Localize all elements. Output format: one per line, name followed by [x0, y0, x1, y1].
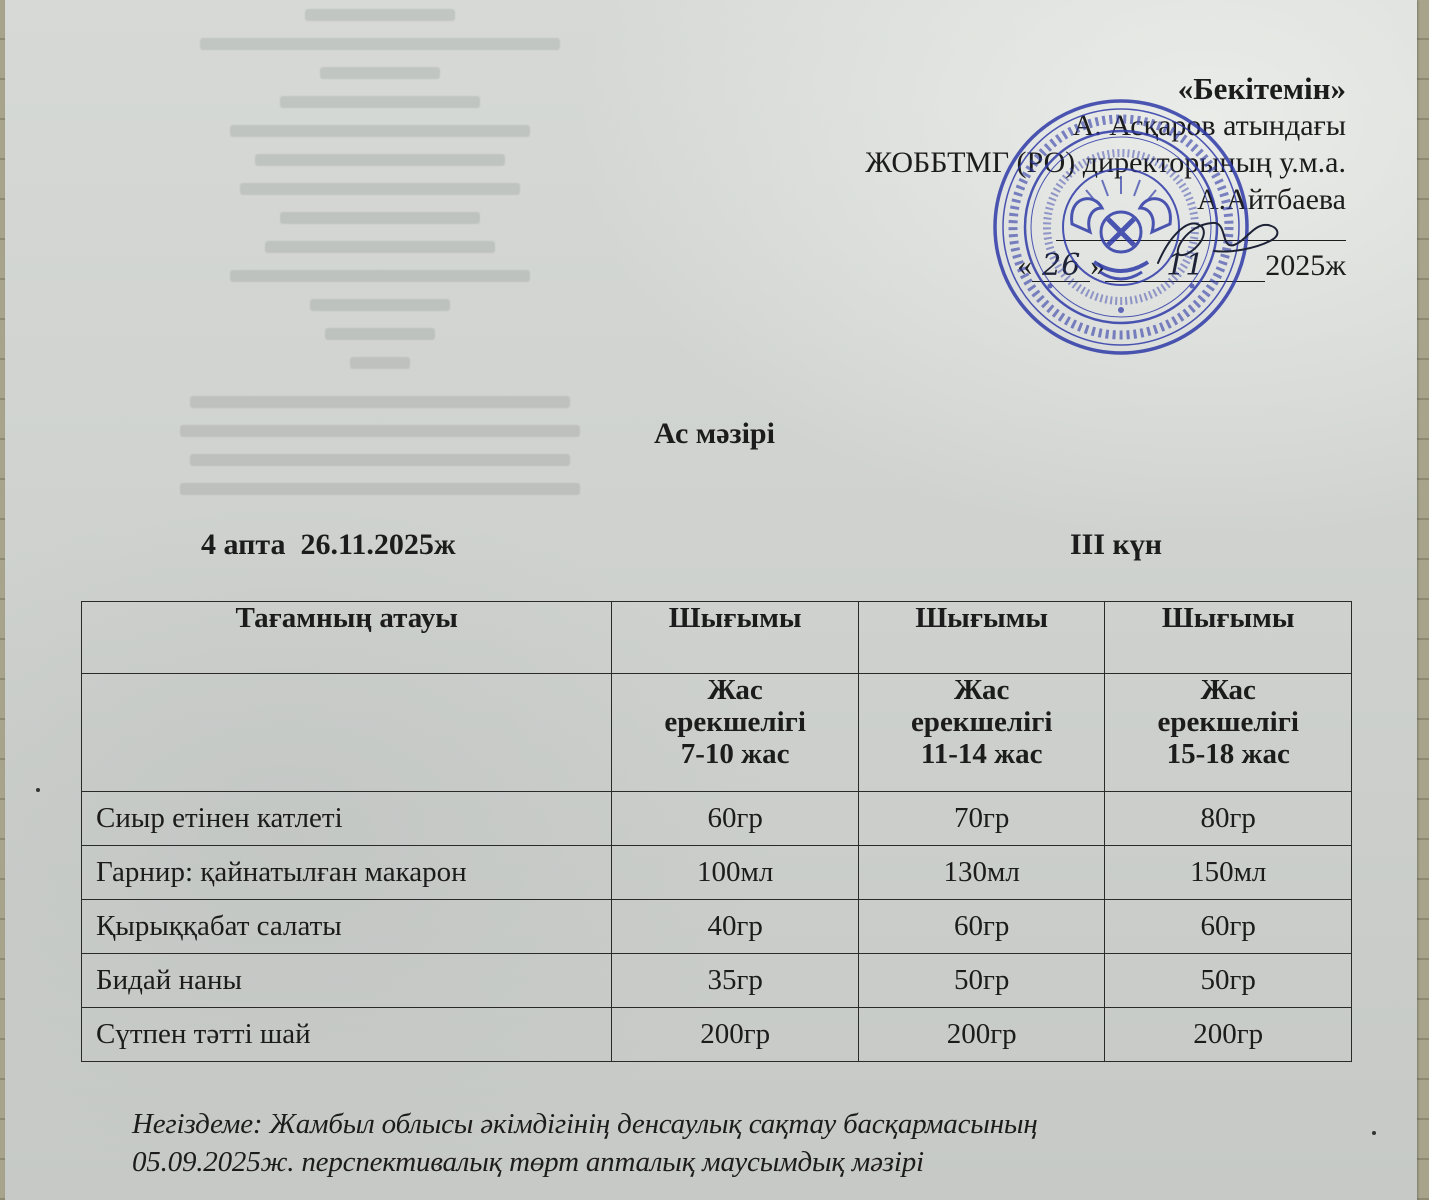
document-title: Ас мәзірі — [0, 417, 1429, 451]
portion-7-10: 200гр — [612, 1008, 859, 1062]
approval-school-line: А. Асқаров атындағы — [865, 107, 1346, 144]
portion-11-14: 50гр — [858, 954, 1105, 1008]
table-row: Сүтпен тәтті шай 200гр 200гр 200гр — [82, 1008, 1352, 1062]
approval-title: «Бекітемін» — [865, 70, 1346, 107]
age-range: 7-10 жас — [612, 738, 858, 770]
approval-date: «26»112025ж — [865, 247, 1346, 284]
portion-15-18: 150мл — [1105, 846, 1352, 900]
date-month-handwritten: 11 — [1105, 251, 1265, 282]
approval-block: «Бекітемін» А. Асқаров атындағы ЖОББТМГ … — [865, 70, 1346, 284]
age-label: ерекшелігі — [859, 706, 1105, 738]
age-range: 15-18 жас — [1105, 738, 1351, 770]
approval-signatory-name: А.Айтбаева — [865, 181, 1346, 218]
footnote-line: 05.09.2025ж. перспективалық төрт апталық… — [132, 1143, 1038, 1181]
dish-name: Гарнир: қайнатылған макарон — [82, 846, 612, 900]
age-range: 11-14 жас — [859, 738, 1105, 770]
header-dish-name: Тағамның атауы — [82, 602, 612, 674]
age-label: Жас — [859, 674, 1105, 706]
age-label: ерекшелігі — [1105, 706, 1351, 738]
approval-position-line: ЖОББТМГ (РО) директорының у.м.а. — [865, 144, 1346, 181]
paper-speck — [1372, 1131, 1376, 1135]
table-row: Бидай наны 35гр 50гр 50гр — [82, 954, 1352, 1008]
portion-7-10: 35гр — [612, 954, 859, 1008]
subheader-age-group-15-18: Жас ерекшелігі 15-18 жас — [1105, 674, 1352, 792]
dish-name: Сиыр етінен катлеті — [82, 792, 612, 846]
dish-name: Сүтпен тәтті шай — [82, 1008, 612, 1062]
portion-7-10: 60гр — [612, 792, 859, 846]
date-open-quote: « — [1017, 249, 1032, 282]
dish-name: Бидай наны — [82, 954, 612, 1008]
portion-11-14: 130мл — [858, 846, 1105, 900]
portion-11-14: 60гр — [858, 900, 1105, 954]
footnote-basis: Негіздеме: Жамбыл облысы әкімдігінің ден… — [132, 1105, 1038, 1181]
paper-speck — [36, 788, 40, 792]
subheader-age-group-7-10: Жас ерекшелігі 7-10 жас — [612, 674, 859, 792]
subheader-empty — [82, 674, 612, 792]
subheader-age-group-11-14: Жас ерекшелігі 11-14 жас — [858, 674, 1105, 792]
signature-line — [1056, 240, 1346, 241]
portion-15-18: 200гр — [1105, 1008, 1352, 1062]
table-header-row: Тағамның атауы Шығымы Шығымы Шығымы — [82, 602, 1352, 674]
age-label: Жас — [612, 674, 858, 706]
date-close-quote: » — [1090, 249, 1105, 282]
portion-15-18: 60гр — [1105, 900, 1352, 954]
table-row: Гарнир: қайнатылған макарон 100мл 130мл … — [82, 846, 1352, 900]
day-label: ІІІ күн — [1070, 528, 1162, 562]
portion-15-18: 80гр — [1105, 792, 1352, 846]
age-label: ерекшелігі — [612, 706, 858, 738]
background-surface-right — [1415, 0, 1429, 1200]
week-and-date: 4 апта 26.11.2025ж — [201, 528, 456, 562]
header-yield: Шығымы — [612, 602, 859, 674]
header-yield: Шығымы — [1105, 602, 1352, 674]
table-subheader-row: Жас ерекшелігі 7-10 жас Жас ерекшелігі 1… — [82, 674, 1352, 792]
date-year: 2025ж — [1265, 249, 1346, 282]
header-yield: Шығымы — [858, 602, 1105, 674]
portion-11-14: 70гр — [858, 792, 1105, 846]
table-row: Сиыр етінен катлеті 60гр 70гр 80гр — [82, 792, 1352, 846]
portion-7-10: 100мл — [612, 846, 859, 900]
portion-11-14: 200гр — [858, 1008, 1105, 1062]
table-row: Қырыққабат салаты 40гр 60гр 60гр — [82, 900, 1352, 954]
footnote-line: Негіздеме: Жамбыл облысы әкімдігінің ден… — [132, 1105, 1038, 1143]
dish-name: Қырыққабат салаты — [82, 900, 612, 954]
portion-15-18: 50гр — [1105, 954, 1352, 1008]
date-day-handwritten: 26 — [1032, 251, 1090, 282]
menu-table: Тағамның атауы Шығымы Шығымы Шығымы Жас … — [81, 601, 1352, 1062]
age-label: Жас — [1105, 674, 1351, 706]
portion-7-10: 40гр — [612, 900, 859, 954]
